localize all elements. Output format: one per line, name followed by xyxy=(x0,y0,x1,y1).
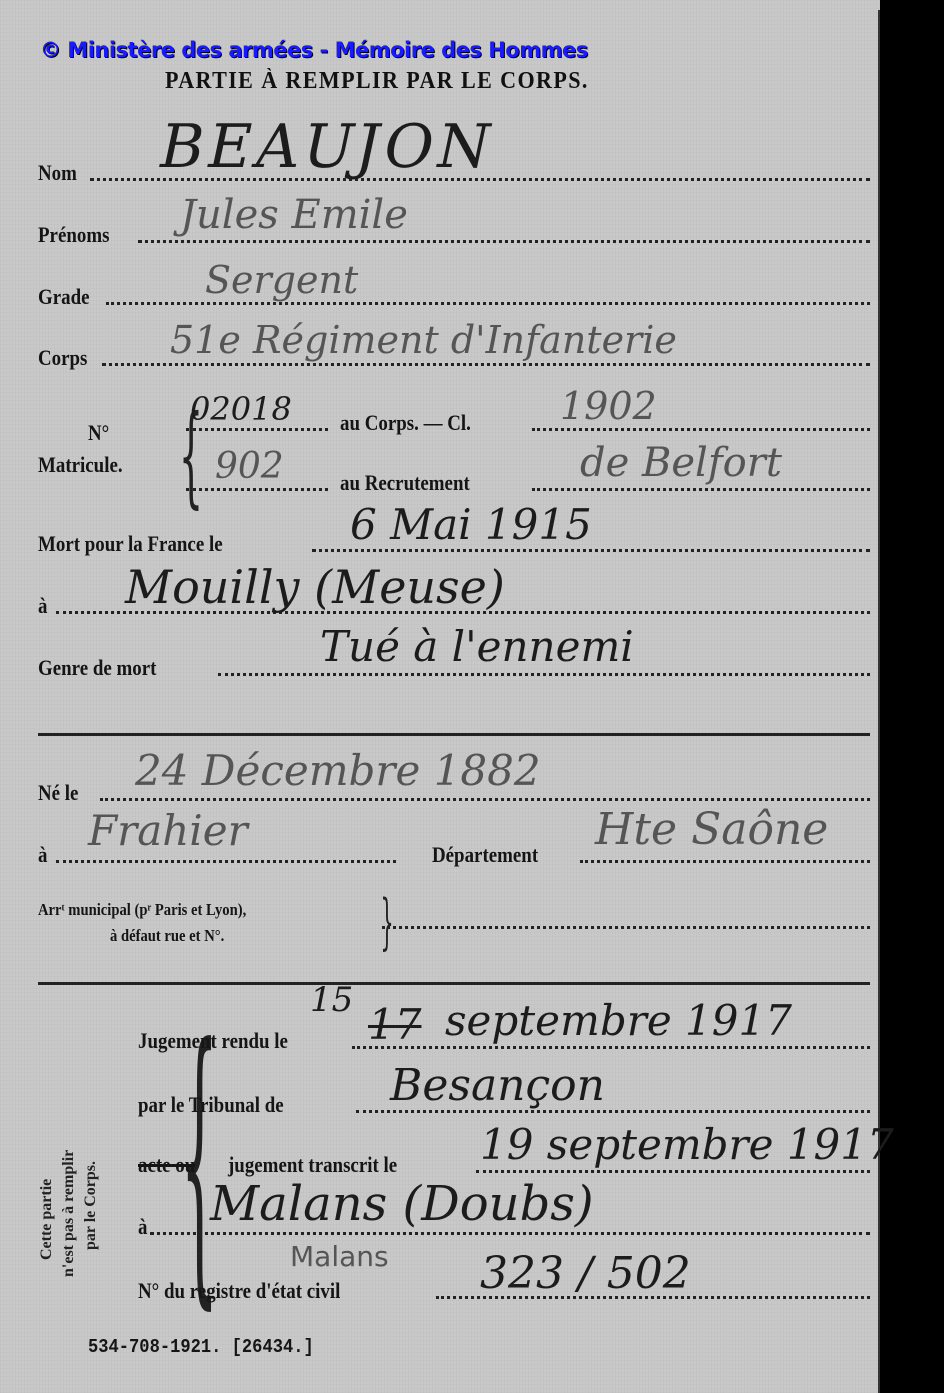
recrutement-number-line xyxy=(186,488,328,491)
side-note: Cette partie n'est pas à remplir par le … xyxy=(30,1055,120,1275)
mort-date-label: Mort pour la France le xyxy=(38,531,223,557)
side-note-line-1: Cette partie xyxy=(38,1179,56,1260)
prenoms-line xyxy=(138,240,870,243)
departement-line xyxy=(580,860,870,863)
jugement-rendu-label: Jugement rendu le xyxy=(138,1028,288,1054)
transcrit-lieu-label: à xyxy=(138,1214,147,1240)
corps-line xyxy=(102,363,870,366)
print-reference: 534-708-1921. [26434.] xyxy=(88,1336,314,1358)
arrondissement-label: Arrᵗ municipal (pʳ Paris et Lyon), xyxy=(38,900,246,920)
judgement-divider xyxy=(38,982,870,985)
mort-date-value: 6 Mai 1915 xyxy=(350,500,592,549)
genre-mort-line xyxy=(218,673,870,676)
registre-value: 323 / 502 xyxy=(480,1248,691,1299)
side-note-line-3: par le Corps. xyxy=(82,1161,100,1250)
tribunal-value: Besançon xyxy=(390,1060,605,1111)
jugement-date-correction: 15 xyxy=(310,980,353,1020)
side-note-line-2: n'est pas à remplir xyxy=(60,1150,78,1277)
naissance-lieu-label: à xyxy=(38,842,47,868)
corps-number-value: 02018 xyxy=(190,390,292,428)
transcrit-label: jugement transcrit le xyxy=(228,1152,397,1178)
jugement-rendu-value: septembre 1917 xyxy=(445,996,792,1045)
jugement-date-struck: 17 xyxy=(368,1000,421,1049)
matricule-label-no: N° xyxy=(88,420,109,446)
transcrit-lieu-line xyxy=(150,1232,870,1235)
naissance-date-line xyxy=(100,798,870,801)
naissance-lieu-value: Frahier xyxy=(88,806,248,855)
nom-value: BEAUJON xyxy=(153,112,502,182)
genre-mort-value: Tué à l'ennemi xyxy=(320,622,634,671)
transcrit-lieu-value: Malans (Doubs) xyxy=(210,1176,594,1232)
naissance-date-value: 24 Décembre 1882 xyxy=(135,746,541,795)
recrutement-line xyxy=(532,488,870,491)
registre-label: N° du registre d'état civil xyxy=(138,1278,340,1304)
mort-lieu-value: Mouilly (Meuse) xyxy=(125,560,505,614)
recrutement-label: au Recrutement xyxy=(340,470,470,496)
departement-label: Département xyxy=(432,842,538,868)
transcrit-value: 19 septembre 1917 xyxy=(480,1120,894,1169)
grade-value: Sergent xyxy=(205,258,358,302)
arrondissement-brace: } xyxy=(380,892,393,952)
card-edge xyxy=(878,10,880,1393)
transcrit-line xyxy=(476,1170,870,1173)
recrutement-number-value: 902 xyxy=(215,446,284,487)
corps-value: 51e Régiment d'Infanterie xyxy=(170,318,677,362)
nom-label: Nom xyxy=(38,160,77,186)
arrondissement-line xyxy=(382,926,870,929)
naissance-lieu-line xyxy=(56,860,396,863)
grade-label: Grade xyxy=(38,284,90,310)
departement-value: Hte Saône xyxy=(595,804,828,855)
corps-number-line xyxy=(186,428,328,431)
corps-cl-label: au Corps. — Cl. xyxy=(340,410,471,436)
mort-date-line xyxy=(312,549,870,552)
corps-label: Corps xyxy=(38,345,87,371)
genre-mort-label: Genre de mort xyxy=(38,655,156,681)
grade-line xyxy=(106,302,870,305)
mort-lieu-label: à xyxy=(38,593,47,619)
section-divider xyxy=(38,733,870,736)
death-record-card: © Ministère des armées - Mémoire des Hom… xyxy=(0,0,880,1393)
form-title: PARTIE À REMPLIR PAR LE CORPS. xyxy=(165,68,589,95)
jugement-rendu-line xyxy=(352,1046,870,1049)
classe-value: 1902 xyxy=(560,384,657,428)
transcrit-lieu-annotation: Malans xyxy=(290,1240,389,1273)
tribunal-label: par le Tribunal de xyxy=(138,1092,284,1118)
matricule-label: Matricule. xyxy=(38,452,123,478)
prenoms-value: Jules Emile xyxy=(180,192,408,238)
recrutement-value: de Belfort xyxy=(580,440,782,486)
arrondissement-sublabel: à défaut rue et N°. xyxy=(110,926,224,946)
naissance-date-label: Né le xyxy=(38,780,78,806)
classe-line xyxy=(532,428,870,431)
acte-ou-struck-label: acte ou xyxy=(138,1152,195,1178)
prenoms-label: Prénoms xyxy=(38,222,109,248)
copyright-watermark: © Ministère des armées - Mémoire des Hom… xyxy=(40,38,588,62)
